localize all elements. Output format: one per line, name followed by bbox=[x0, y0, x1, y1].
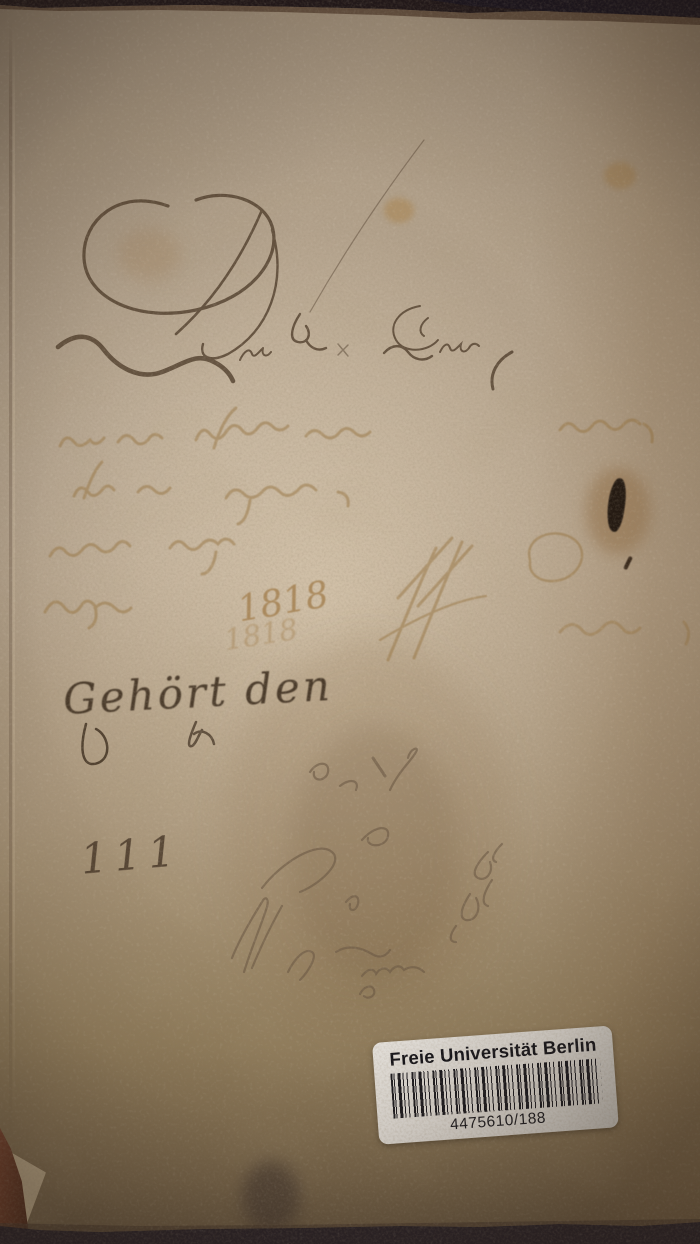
library-label: Freie Universität Berlin 4475610/188 bbox=[372, 1025, 619, 1144]
small-stain bbox=[604, 162, 636, 189]
vertical-crease bbox=[9, 20, 12, 1140]
vertical-crease-highlight bbox=[13, 30, 15, 1120]
small-stain bbox=[384, 198, 414, 223]
large-stain-core bbox=[290, 726, 460, 981]
ink-speck bbox=[623, 556, 633, 570]
book-cover-photo: 1818 1818 Gehört den 111 bbox=[0, 0, 700, 1244]
bottom-stain bbox=[242, 1162, 300, 1232]
book-bottom-edge bbox=[0, 1214, 700, 1244]
year-text-ghost: 1818 bbox=[222, 612, 300, 657]
book-top-edge bbox=[0, 0, 700, 30]
year-inscription: 1818 1818 bbox=[222, 575, 332, 657]
shelf-mark-text: 111 bbox=[79, 826, 184, 884]
small-stain bbox=[118, 228, 180, 280]
year-text: 1818 bbox=[234, 575, 331, 631]
